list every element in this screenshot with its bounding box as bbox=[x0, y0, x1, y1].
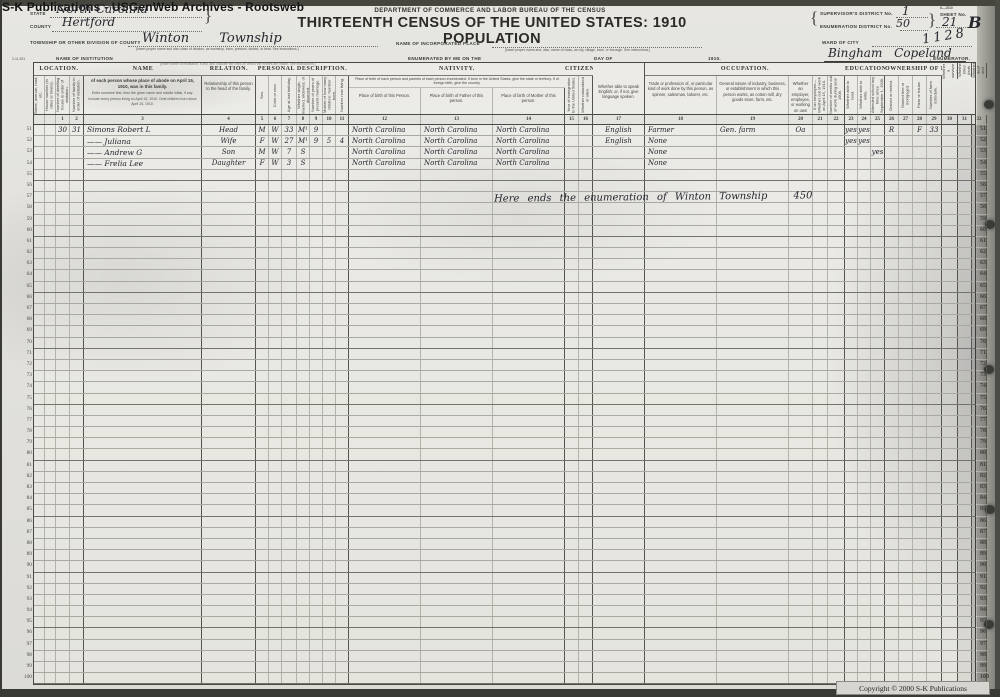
cell-weeks_out bbox=[828, 405, 845, 415]
table-row-81 bbox=[34, 461, 975, 472]
cell-employer bbox=[789, 382, 813, 392]
line-number-left: 97 bbox=[20, 639, 32, 650]
cell-trade bbox=[645, 360, 717, 370]
brace: } bbox=[928, 10, 936, 30]
cell-farm_house bbox=[913, 371, 927, 381]
cell-children_living bbox=[336, 449, 349, 459]
cell-immigration_year bbox=[565, 282, 579, 292]
cell-color: W bbox=[269, 159, 282, 169]
cell-read bbox=[845, 449, 858, 459]
cell-years_married bbox=[310, 382, 323, 392]
cell-marital bbox=[297, 483, 310, 493]
cell-sex bbox=[256, 606, 269, 616]
cell-years_married bbox=[310, 550, 323, 560]
cell-english bbox=[593, 282, 645, 292]
cell-school bbox=[871, 159, 885, 169]
cell-industry bbox=[717, 517, 789, 527]
cell-dwelling bbox=[56, 640, 70, 650]
cell-weeks_out bbox=[828, 606, 845, 616]
cell-house_number bbox=[45, 505, 56, 515]
cell-blind bbox=[958, 517, 972, 527]
cell-school bbox=[871, 338, 885, 348]
cell-weeks_out bbox=[828, 617, 845, 627]
cell-years_married bbox=[310, 416, 323, 426]
cell-years_married bbox=[310, 259, 323, 269]
cell-weeks_out bbox=[828, 248, 845, 258]
cell-free_mortgaged bbox=[899, 136, 913, 146]
cell-immigration_year bbox=[565, 382, 579, 392]
cell-name bbox=[84, 573, 202, 583]
cell-marital bbox=[297, 371, 310, 381]
cell-employer bbox=[789, 438, 813, 448]
header-section-relation: RELATION.Relationship of this person to … bbox=[202, 63, 256, 114]
cell-blind bbox=[958, 315, 972, 325]
cell-read bbox=[845, 494, 858, 504]
cell-english bbox=[593, 226, 645, 236]
cell-color bbox=[269, 394, 282, 404]
cell-veteran bbox=[942, 371, 958, 381]
cell-write bbox=[858, 662, 871, 672]
cell-birthplace bbox=[349, 517, 421, 527]
cell-write bbox=[858, 405, 871, 415]
cell-color bbox=[269, 427, 282, 437]
cell-years_married bbox=[310, 461, 323, 471]
cell-sex bbox=[256, 595, 269, 605]
cell-name bbox=[84, 528, 202, 538]
cell-relation bbox=[202, 449, 256, 459]
col-header-marital: Whether single, married, widowed, or div… bbox=[297, 76, 310, 114]
cell-years_married bbox=[310, 673, 323, 683]
cell-birthplace bbox=[349, 270, 421, 280]
cell-marital bbox=[297, 226, 310, 236]
cell-house_number bbox=[45, 360, 56, 370]
cell-children_born bbox=[323, 125, 336, 135]
col-header-text: Whether deaf and dumb. bbox=[972, 63, 987, 78]
cell-blind bbox=[958, 203, 972, 213]
cell-value: North Carolina bbox=[352, 149, 405, 156]
cell-employer bbox=[789, 606, 813, 616]
cell-mother_birthplace bbox=[493, 483, 565, 493]
cell-house_number bbox=[45, 215, 56, 225]
cell-industry bbox=[717, 215, 789, 225]
cell-veteran bbox=[942, 349, 958, 359]
cell-english bbox=[593, 427, 645, 437]
cell-owned bbox=[885, 215, 899, 225]
cell-house_number bbox=[45, 181, 56, 191]
cell-farm_house bbox=[913, 550, 927, 560]
cell-age bbox=[282, 494, 297, 504]
cell-family bbox=[70, 159, 84, 169]
cell-free_mortgaged bbox=[899, 226, 913, 236]
cell-english bbox=[593, 651, 645, 661]
cell-sex bbox=[256, 326, 269, 336]
cell-family bbox=[70, 483, 84, 493]
cell-read bbox=[845, 237, 858, 247]
line-number-right: 95 bbox=[980, 616, 994, 627]
cell-out_of_work bbox=[813, 326, 828, 336]
line-number-left: 77 bbox=[20, 415, 32, 426]
cell-industry bbox=[717, 349, 789, 359]
cell-read bbox=[845, 394, 858, 404]
cell-marital bbox=[297, 640, 310, 650]
col-header-text: Color or race. bbox=[273, 83, 278, 107]
line-number-right: 80 bbox=[980, 448, 994, 459]
form-number: 2-11-521 bbox=[12, 57, 25, 61]
cell-free_mortgaged bbox=[899, 349, 913, 359]
cell-birthplace bbox=[349, 651, 421, 661]
cell-blind bbox=[958, 573, 972, 583]
cell-school bbox=[871, 248, 885, 258]
cell-veteran bbox=[942, 584, 958, 594]
cell-father_birthplace bbox=[421, 416, 493, 426]
cell-trade bbox=[645, 662, 717, 672]
cell-children_born bbox=[323, 584, 336, 594]
cell-read bbox=[845, 147, 858, 157]
cell-farm_schedule bbox=[927, 438, 942, 448]
cell-veteran bbox=[942, 304, 958, 314]
cell-mother_birthplace bbox=[493, 427, 565, 437]
cell-farm_schedule bbox=[927, 483, 942, 493]
enumeration-district-value: 50 bbox=[896, 17, 910, 30]
table-row-53: —— Andrew GSonMW7SNorth CarolinaNorth Ca… bbox=[34, 147, 975, 158]
cell-read bbox=[845, 640, 858, 650]
cell-children_living: 4 bbox=[336, 136, 349, 146]
cell-value: W bbox=[271, 149, 278, 156]
cell-family bbox=[70, 449, 84, 459]
cell-blind bbox=[958, 416, 972, 426]
cell-blind bbox=[958, 270, 972, 280]
cell-free_mortgaged bbox=[899, 293, 913, 303]
cell-employer bbox=[789, 326, 813, 336]
cell-mother_birthplace bbox=[493, 561, 565, 571]
cell-street bbox=[34, 382, 45, 392]
cell-dwelling bbox=[56, 628, 70, 638]
cell-father_birthplace bbox=[421, 248, 493, 258]
cell-write bbox=[858, 270, 871, 280]
cell-children_born bbox=[323, 539, 336, 549]
cell-color bbox=[269, 248, 282, 258]
cell-trade bbox=[645, 270, 717, 280]
cell-naturalized bbox=[579, 427, 593, 437]
cell-marital bbox=[297, 394, 310, 404]
cell-mother_birthplace bbox=[493, 472, 565, 482]
cell-english bbox=[593, 170, 645, 180]
cell-name bbox=[84, 192, 202, 202]
col-number-trade: 18 bbox=[645, 115, 717, 124]
cell-english bbox=[593, 640, 645, 650]
cell-industry bbox=[717, 304, 789, 314]
cell-children_born bbox=[323, 651, 336, 661]
cell-name bbox=[84, 494, 202, 504]
cell-free_mortgaged bbox=[899, 483, 913, 493]
cell-marital bbox=[297, 606, 310, 616]
cell-mother_birthplace bbox=[493, 449, 565, 459]
cell-veteran bbox=[942, 561, 958, 571]
cell-color bbox=[269, 181, 282, 191]
line-number-left: 71 bbox=[20, 348, 32, 359]
col-header-immigration_year: Year of immigration to the United States… bbox=[565, 76, 579, 114]
cell-children_born bbox=[323, 483, 336, 493]
cell-dwelling: 30 bbox=[56, 125, 70, 135]
cell-years_married: 9 bbox=[310, 136, 323, 146]
col-header-text: Mother of how many children: Number born… bbox=[323, 76, 336, 114]
cell-children_living bbox=[336, 662, 349, 672]
cell-employer bbox=[789, 270, 813, 280]
cell-english bbox=[593, 416, 645, 426]
cell-read bbox=[845, 170, 858, 180]
cell-marital bbox=[297, 416, 310, 426]
cell-children_born bbox=[323, 405, 336, 415]
township-value: Winton Township bbox=[142, 31, 282, 46]
cell-trade bbox=[645, 394, 717, 404]
table-row-61 bbox=[34, 237, 975, 248]
cell-marital bbox=[297, 528, 310, 538]
line-number-left: 61 bbox=[20, 236, 32, 247]
cell-free_mortgaged bbox=[899, 606, 913, 616]
cell-marital bbox=[297, 673, 310, 683]
cell-farm_house bbox=[913, 651, 927, 661]
cell-value: 5 bbox=[327, 138, 331, 145]
cell-sex bbox=[256, 550, 269, 560]
cell-street bbox=[34, 304, 45, 314]
cell-children_living bbox=[336, 461, 349, 471]
cell-weeks_out bbox=[828, 461, 845, 471]
cell-blind bbox=[958, 528, 972, 538]
cell-out_of_work bbox=[813, 382, 828, 392]
cell-immigration_year bbox=[565, 248, 579, 258]
cell-english bbox=[593, 617, 645, 627]
cell-out_of_work bbox=[813, 416, 828, 426]
cell-house_number bbox=[45, 573, 56, 583]
line-number-left: 89 bbox=[20, 549, 32, 560]
cell-farm_house bbox=[913, 662, 927, 672]
cell-children_living bbox=[336, 640, 349, 650]
col-header-text: Relationship of this person to the head … bbox=[202, 76, 255, 92]
cell-trade bbox=[645, 673, 717, 683]
cell-color bbox=[269, 505, 282, 515]
cell-free_mortgaged bbox=[899, 125, 913, 135]
col-number-industry: 19 bbox=[717, 115, 789, 124]
header-section-blind: Whether blind (both eyes). bbox=[958, 63, 972, 114]
cell-value: 30 bbox=[58, 127, 67, 134]
cell-sex: M bbox=[256, 125, 269, 135]
col-number-out_of_work: 21 bbox=[813, 115, 828, 124]
table-row-89 bbox=[34, 550, 975, 561]
cell-father_birthplace bbox=[421, 528, 493, 538]
col-number-weeks_out: 22 bbox=[828, 115, 845, 124]
cell-birthplace bbox=[349, 282, 421, 292]
cell-read bbox=[845, 539, 858, 549]
cell-value: Head bbox=[219, 127, 238, 134]
cell-industry bbox=[717, 595, 789, 605]
cell-industry bbox=[717, 282, 789, 292]
cell-marital bbox=[297, 338, 310, 348]
cell-read bbox=[845, 248, 858, 258]
cell-veteran bbox=[942, 192, 958, 202]
cell-farm_schedule bbox=[927, 528, 942, 538]
cell-read bbox=[845, 226, 858, 236]
cell-birthplace bbox=[349, 405, 421, 415]
cell-marital bbox=[297, 405, 310, 415]
cell-employer bbox=[789, 550, 813, 560]
cell-weeks_out bbox=[828, 181, 845, 191]
cell-age bbox=[282, 192, 297, 202]
cell-children_born bbox=[323, 550, 336, 560]
cell-house_number bbox=[45, 147, 56, 157]
cell-write bbox=[858, 237, 871, 247]
cell-children_born bbox=[323, 282, 336, 292]
cell-birthplace bbox=[349, 606, 421, 616]
line-number-left: 73 bbox=[20, 370, 32, 381]
cell-marital bbox=[297, 449, 310, 459]
cell-family bbox=[70, 617, 84, 627]
cell-father_birthplace bbox=[421, 394, 493, 404]
line-number-right: 57 bbox=[980, 191, 994, 202]
cell-street bbox=[34, 170, 45, 180]
cell-house_number bbox=[45, 259, 56, 269]
cell-age bbox=[282, 282, 297, 292]
cell-children_living bbox=[336, 394, 349, 404]
cell-immigration_year bbox=[565, 215, 579, 225]
cell-school bbox=[871, 651, 885, 661]
cell-birthplace bbox=[349, 293, 421, 303]
cell-children_born: 5 bbox=[323, 136, 336, 146]
cell-dwelling bbox=[56, 539, 70, 549]
cell-value: North Carolina bbox=[424, 138, 477, 145]
cell-out_of_work bbox=[813, 505, 828, 515]
cell-father_birthplace bbox=[421, 338, 493, 348]
cell-relation bbox=[202, 237, 256, 247]
cell-read bbox=[845, 360, 858, 370]
cell-trade bbox=[645, 617, 717, 627]
cell-write: yes bbox=[858, 136, 871, 146]
cell-write bbox=[858, 181, 871, 191]
col-header-text: Place of birth of Mother of this person. bbox=[493, 88, 564, 104]
cell-trade bbox=[645, 326, 717, 336]
cell-trade bbox=[645, 595, 717, 605]
cell-age bbox=[282, 595, 297, 605]
cell-employer bbox=[789, 494, 813, 504]
cell-color bbox=[269, 528, 282, 538]
cell-veteran bbox=[942, 405, 958, 415]
cell-farm_schedule bbox=[927, 405, 942, 415]
cell-birthplace: North Carolina bbox=[349, 136, 421, 146]
line-number-right: 91 bbox=[980, 572, 994, 583]
cell-value: None bbox=[648, 138, 667, 145]
cell-read bbox=[845, 349, 858, 359]
cell-father_birthplace bbox=[421, 282, 493, 292]
cell-children_living bbox=[336, 326, 349, 336]
cell-free_mortgaged bbox=[899, 304, 913, 314]
cell-read bbox=[845, 472, 858, 482]
cell-birthplace bbox=[349, 248, 421, 258]
cell-out_of_work bbox=[813, 360, 828, 370]
cell-mother_birthplace bbox=[493, 673, 565, 683]
cell-street bbox=[34, 517, 45, 527]
cell-family bbox=[70, 438, 84, 448]
cell-blind bbox=[958, 170, 972, 180]
cell-birthplace: North Carolina bbox=[349, 159, 421, 169]
cell-house_number bbox=[45, 226, 56, 236]
cell-birthplace bbox=[349, 528, 421, 538]
cell-dwelling bbox=[56, 270, 70, 280]
table-header: LOCATION.Street, avenue, road, etc.House… bbox=[34, 63, 975, 115]
cell-veteran bbox=[942, 483, 958, 493]
cell-mother_birthplace bbox=[493, 517, 565, 527]
cell-value: North Carolina bbox=[352, 127, 405, 134]
cell-sex bbox=[256, 640, 269, 650]
cell-blind bbox=[958, 147, 972, 157]
cell-sex bbox=[256, 181, 269, 191]
cell-children_born bbox=[323, 528, 336, 538]
leaf-row: Year of immigration to the United States… bbox=[565, 76, 593, 114]
cell-free_mortgaged bbox=[899, 561, 913, 571]
cell-english bbox=[593, 237, 645, 247]
cell-family bbox=[70, 203, 84, 213]
cell-street bbox=[34, 640, 45, 650]
cell-age bbox=[282, 461, 297, 471]
cell-naturalized bbox=[579, 483, 593, 493]
cell-street bbox=[34, 293, 45, 303]
cell-age bbox=[282, 505, 297, 515]
cell-children_living bbox=[336, 147, 349, 157]
cell-years_married bbox=[310, 147, 323, 157]
cell-family bbox=[70, 237, 84, 247]
cell-blind bbox=[958, 371, 972, 381]
cell-naturalized bbox=[579, 628, 593, 638]
cell-blind bbox=[958, 226, 972, 236]
cell-blind bbox=[958, 438, 972, 448]
cell-sex bbox=[256, 170, 269, 180]
cell-marital bbox=[297, 550, 310, 560]
cell-employer bbox=[789, 640, 813, 650]
cell-sex bbox=[256, 651, 269, 661]
cell-naturalized bbox=[579, 315, 593, 325]
cell-value: 3 bbox=[287, 160, 291, 167]
cell-children_born bbox=[323, 427, 336, 437]
cell-color bbox=[269, 617, 282, 627]
cell-weeks_out bbox=[828, 293, 845, 303]
cell-veteran bbox=[942, 573, 958, 583]
cell-read bbox=[845, 517, 858, 527]
cell-name bbox=[84, 170, 202, 180]
cell-free_mortgaged bbox=[899, 192, 913, 202]
cell-trade: None bbox=[645, 136, 717, 146]
cell-farm_house bbox=[913, 349, 927, 359]
cell-children_born bbox=[323, 360, 336, 370]
cell-street bbox=[34, 550, 45, 560]
cell-owned bbox=[885, 315, 899, 325]
cell-relation bbox=[202, 203, 256, 213]
cell-employer bbox=[789, 371, 813, 381]
line-number-left: 56 bbox=[20, 180, 32, 191]
cell-write: yes bbox=[858, 125, 871, 135]
header-section-english: Whether able to speak English; or, if no… bbox=[593, 63, 645, 114]
table-row-65 bbox=[34, 282, 975, 293]
cell-naturalized bbox=[579, 394, 593, 404]
cell-marital bbox=[297, 628, 310, 638]
cell-relation: Daughter bbox=[202, 159, 256, 169]
col-number-age: 7 bbox=[282, 115, 297, 124]
cell-children_living bbox=[336, 382, 349, 392]
cell-family bbox=[70, 405, 84, 415]
col-header-text: Place of birth of Father of this person. bbox=[421, 88, 492, 104]
cell-sex bbox=[256, 483, 269, 493]
cell-write bbox=[858, 259, 871, 269]
cell-immigration_year bbox=[565, 405, 579, 415]
cell-farm_schedule bbox=[927, 662, 942, 672]
cell-color: W bbox=[269, 147, 282, 157]
